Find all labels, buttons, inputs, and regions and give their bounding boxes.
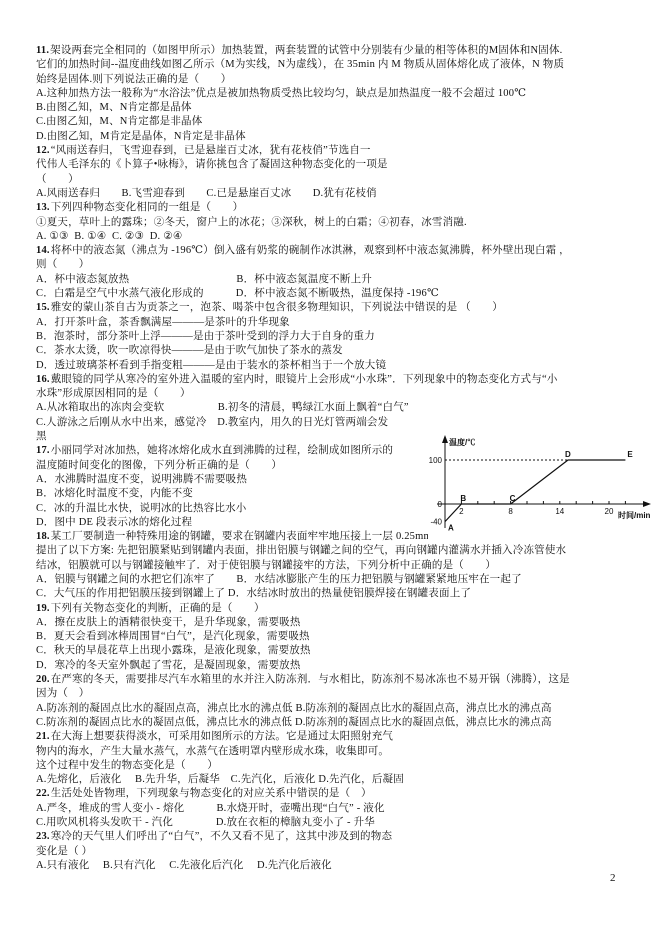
question-line: 20.在严寒的冬天，需要排尽汽车水箱里的水并注入防冻剂．与水相比，防冻剂不易冰冻…	[36, 673, 636, 687]
question-line: A.从冰箱取出的冻肉会变软 B.初冬的清晨，鸭绿江水面上飘着“白气”	[36, 401, 636, 415]
question-item: 13.下列四种物态变化相同的一组是（ ）①夏天，草叶上的露珠；②冬天，窗户上的冰…	[36, 201, 636, 244]
svg-text:0: 0	[438, 500, 443, 509]
question-item: 14.将杯中的液态氮（沸点为 -196℃）倒入盛有奶浆的碗制作冰淇淋，观察到杯中…	[36, 244, 636, 301]
question-line: 12.“风雨送春归，飞雪迎春到，已是悬崖百丈冰，犹有花枝俏”节选自一	[36, 144, 636, 158]
svg-text:D: D	[565, 450, 571, 459]
question-line: C．大气压的作用把铝膜压接到钢罐上了 D．水结冰时放出的热量使铝膜焊接在钢罐表面…	[36, 587, 636, 601]
question-number: 12.	[36, 145, 50, 156]
question-line: 变化是（ ）	[36, 845, 636, 859]
question-number: 15.	[36, 302, 50, 313]
question-line: C.防冻剂的凝固点比水的凝固点低，沸点比水的沸点低 D.防冻剂的凝固点比水的凝固…	[36, 716, 636, 730]
question-number: 19.	[36, 603, 50, 614]
question-line: 提出了以下方案: 先把铝膜紧贴到钢罐内表面，排出铝膜与钢罐之间的空气，再向钢罐内…	[36, 544, 636, 558]
question-line: B．夏天会看到冰棒周围冒“白气”，是汽化现象，需要吸热	[36, 630, 636, 644]
question-line: A.先熔化，后液化 B.先升华，后凝华 C.先汽化，后液化 D.先汽化，后凝固	[36, 773, 636, 787]
question-number: 23.	[36, 831, 50, 842]
question-line: 物内的海水，产生大量水蒸气，水蒸气在透明罩内壁形成水珠，收集即可。	[36, 745, 636, 759]
svg-text:-40: -40	[430, 518, 442, 527]
question-line: B.由图乙知，M、N肯定都是晶体	[36, 101, 636, 115]
question-number: 22.	[36, 788, 50, 799]
question-line: 15.雅安的蒙山茶自古为贡茶之一，泡茶、喝茶中包含很多物理知识，下列说法中错误的…	[36, 301, 636, 315]
question-line: （ ）	[36, 173, 636, 187]
question-line: D.由图乙知，M肯定是晶体，N肯定是非晶体	[36, 130, 636, 144]
question-number: 17.	[36, 445, 50, 456]
question-line: A．打开茶叶盒，茶香飘满屋———是茶叶的升华现象	[36, 316, 636, 330]
question-line: A.严冬，堆成的雪人变小 - 熔化 B.水烧开时，壶嘴出现“白气” - 液化	[36, 802, 636, 816]
question-number: 14.	[36, 245, 50, 256]
question-line: 代伟人毛泽东的《卜算子•咏梅》，请你挑包含了凝固这种物态变化的一项是	[36, 158, 636, 172]
question-item: 22.生活处处皆物理，下列现象与物态变化的对应关系中错误的是（ ）A.严冬，堆成…	[36, 787, 636, 830]
chart-svg: 2814201000-40ABCDE温度/℃时间/min	[428, 434, 658, 542]
question-line: 这个过程中发生的物态变化是（ ）	[36, 759, 636, 773]
svg-text:8: 8	[508, 507, 513, 516]
question-line: C．白霜是空气中水蒸气液化形成的 D．杯中液态氮不断吸热，温度保持 -196℃	[36, 287, 636, 301]
svg-text:20: 20	[605, 507, 614, 516]
question-line: B．泡茶时，部分茶叶上浮———是由于茶叶受到的浮力大于自身的重力	[36, 330, 636, 344]
question-item: 21.在大海上想要获得淡水，可采用如图所示的方法。它是通过太阳照射充气物内的海水…	[36, 730, 636, 787]
question-number: 20.	[36, 674, 50, 685]
temperature-time-chart: 2814201000-40ABCDE温度/℃时间/min	[428, 434, 658, 542]
question-line: 22.生活处处皆物理，下列现象与物态变化的对应关系中错误的是（ ）	[36, 787, 636, 801]
question-item: 20.在严寒的冬天，需要排尽汽车水箱里的水并注入防冻剂．与水相比，防冻剂不易冰冻…	[36, 673, 636, 730]
question-item: 11.架设两套完全相同的（如图甲所示）加热装置，两套装置的试管中分别装有少量的相…	[36, 44, 636, 144]
question-line: ①夏天，草叶上的露珠；②冬天，窗户上的冰花；③深秋，树上的白霜；④初春，冰雪消融…	[36, 216, 636, 230]
question-line: 13.下列四种物态变化相同的一组是（ ）	[36, 201, 636, 215]
svg-text:温度/℃: 温度/℃	[448, 437, 475, 447]
svg-text:B: B	[460, 494, 466, 503]
svg-text:14: 14	[555, 507, 564, 516]
question-line: A.这种加热方法一般称为“水浴法”优点是被加热物质受热比较均匀，缺点是加热温度一…	[36, 87, 636, 101]
question-line: A. ①③ B. ①④ C. ②③ D. ②④	[36, 230, 636, 244]
svg-text:E: E	[627, 450, 633, 459]
question-line: D．寒冷的冬天室外飘起了雪花，是凝固现象，需要放热	[36, 659, 636, 673]
question-line: A．铝膜与钢罐之间的水把它们冻牢了 B．水结冰膨胀产生的压力把铝膜与钢罐紧紧地压…	[36, 573, 636, 587]
question-item: 12.“风雨送春归，飞雪迎春到，已是悬崖百丈冰，犹有花枝俏”节选自一代伟人毛泽东…	[36, 144, 636, 201]
question-line: 23.寒冷的天气里人们呼出了“白气”，不久又看不见了，这其中涉及到的物态	[36, 830, 636, 844]
question-line: 始终是固体.则下列说法正确的是（ ）	[36, 73, 636, 87]
question-number: 18.	[36, 531, 50, 542]
question-number: 16.	[36, 374, 50, 385]
question-number: 21.	[36, 731, 50, 742]
question-line: 11.架设两套完全相同的（如图甲所示）加热装置，两套装置的试管中分别装有少量的相…	[36, 44, 636, 58]
question-line: A．杯中液态氮放热 B．杯中液态氮温度不断上升	[36, 273, 636, 287]
question-line: A.只有液化 B.只有汽化 C.先液化后汽化 D.先汽化后液化	[36, 859, 636, 873]
exam-page: 11.架设两套完全相同的（如图甲所示）加热装置，两套装置的试管中分别装有少量的相…	[0, 0, 661, 935]
question-line: C．茶水太烫，吹一吹凉得快———是由于吹气加快了茶水的蒸发	[36, 344, 636, 358]
question-line: 19.下列有关物态变化的判断，正确的是（ ）	[36, 602, 636, 616]
question-line: 14.将杯中的液态氮（沸点为 -196℃）倒入盛有奶浆的碗制作冰淇淋，观察到杯中…	[36, 244, 636, 258]
question-line: 因为（ ）	[36, 687, 636, 701]
question-line: A．擦在皮肤上的酒精很快变干，是升华现象，需要吸热	[36, 616, 636, 630]
svg-text:A: A	[448, 524, 454, 533]
question-line: C．秋天的早晨花草上出现小露珠，是液化现象，需要放热	[36, 644, 636, 658]
svg-text:时间/min: 时间/min	[618, 510, 651, 520]
question-line: C.由图乙知，M、N肯定都是非晶体	[36, 115, 636, 129]
question-line: 水珠”形成原因相同的是（ ）	[36, 387, 636, 401]
svg-text:C: C	[510, 494, 516, 503]
question-item: 23.寒冷的天气里人们呼出了“白气”，不久又看不见了，这其中涉及到的物态变化是（…	[36, 830, 636, 873]
question-line: 它们的加热时间--温度曲线如图乙所示（M为实线，N为虚线），在 35min 内 …	[36, 58, 636, 72]
question-line: A.防冻剂的凝固点比水的凝固点高，沸点比水的沸点低 B.防冻剂的凝固点比水的凝固…	[36, 702, 636, 716]
question-line: C.人游泳之后刚从水中出来，感觉冷 D.教室内，用久的日光灯管两端会发	[36, 416, 636, 430]
page-number: 2	[610, 872, 616, 884]
question-line: A.风雨送春归 B.飞雪迎春到 C.已是悬崖百丈冰 D.犹有花枝俏	[36, 187, 636, 201]
question-line: 16.戴眼镜的同学从寒冷的室外进入温暖的室内时，眼镜片上会形成“小水珠”．下列现…	[36, 373, 636, 387]
question-item: 19.下列有关物态变化的判断，正确的是（ ）A．擦在皮肤上的酒精很快变干，是升华…	[36, 602, 636, 673]
question-number: 11.	[36, 45, 49, 56]
question-number: 13.	[36, 202, 50, 213]
question-line: 21.在大海上想要获得淡水，可采用如图所示的方法。它是通过太阳照射充气	[36, 730, 636, 744]
svg-text:2: 2	[459, 507, 464, 516]
question-line: C.用吹风机将头发吹干 - 汽化 D.放在衣柜的樟脑丸变小了 - 升华	[36, 816, 636, 830]
question-line: 则（ ）	[36, 258, 636, 272]
question-line: D．透过玻璃茶杯看到手指变粗———是由于装水的茶杯相当于一个放大镜	[36, 359, 636, 373]
question-item: 15.雅安的蒙山茶自古为贡茶之一，泡茶、喝茶中包含很多物理知识，下列说法中错误的…	[36, 301, 636, 372]
question-line: 结冰，铝膜就可以与钢罐接触牢了．对于使铝膜与钢罐接牢的方法，下列分析中正确的是（…	[36, 559, 636, 573]
svg-text:100: 100	[429, 456, 443, 465]
